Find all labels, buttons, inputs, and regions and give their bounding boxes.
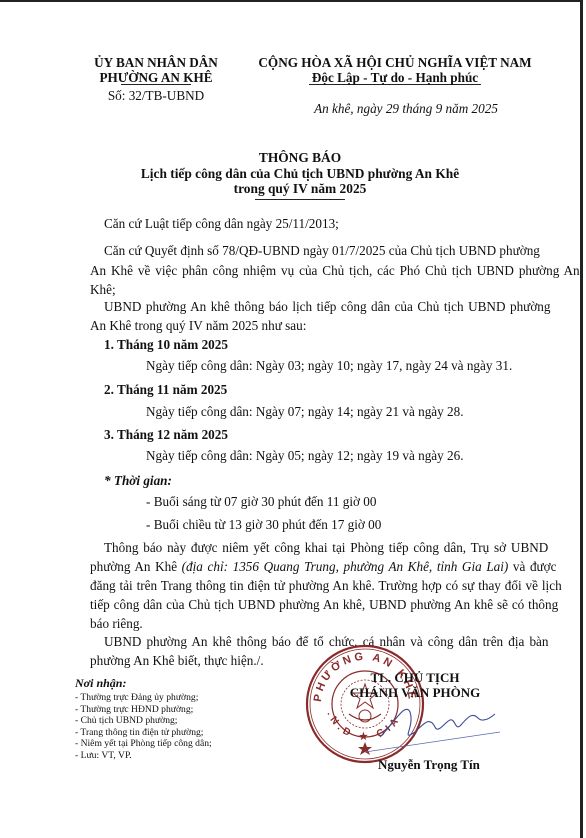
notice-address: (địa chỉ: 1356 Quang Trung, phường An Kh… [182,559,509,574]
legal-basis-2-line1: Căn cứ Quyết định số 78/QĐ-UBND ngày 01/… [104,241,540,261]
notice-line2-c: và được [508,559,556,574]
notice-line4: tiếp công dân của Chủ tịch UBND phường A… [90,595,558,615]
national-heading: CỘNG HÒA XÃ HỘI CHỦ NGHĨA VIỆT NAM Độc L… [245,55,545,116]
doc-number: Số: 32/TB-UBND [70,88,242,103]
notice-line2: phường An Khê (địa chỉ: 1356 Quang Trung… [90,557,557,577]
org-line2: PHƯỜNG AN KHÊ [70,70,242,85]
issuing-authority: ỦY BAN NHÂN DÂN PHƯỜNG AN KHÊ Số: 32/TB-… [70,55,242,103]
signature-title-1: TL. CHỦ TỊCH [330,670,500,685]
recipient-item: - Niêm yết tại Phòng tiếp công dân; [75,738,212,750]
recipient-item: - Lưu: VT, VP. [75,750,212,762]
legal-basis-2-line2: An Khê về việc phân công nhiệm vụ của Ch… [90,261,580,281]
org-line1: ỦY BAN NHÂN DÂN [70,55,242,70]
month-heading-december: 3. Tháng 12 năm 2025 [104,425,228,445]
month-days-october: Ngày tiếp công dân: Ngày 03; ngày 10; ng… [146,356,512,376]
signatory-name: Nguyễn Trọng Tín [378,757,480,773]
notice-line3: đăng tải trên Trang thông tin điện tử ph… [90,576,562,596]
recipient-item: - Thường trực HĐND phường; [75,704,212,716]
legal-basis-1: Căn cứ Luật tiếp công dân ngày 25/11/201… [104,214,339,234]
intro-line2: An Khê trong quý IV năm 2025 như sau: [90,316,306,336]
recipient-item: - Chủ tịch UBND phường; [75,715,212,727]
title-underline [255,199,345,200]
notice-title: THÔNG BÁO [90,150,510,166]
nation-line1: CỘNG HÒA XÃ HỘI CHỦ NGHĨA VIỆT NAM [245,55,545,70]
notice-title-block: THÔNG BÁO Lịch tiếp công dân của Chủ tịc… [90,150,510,200]
time-heading: * Thời gian: [104,471,172,491]
notice-line1: Thông báo này được niêm yết công khai tạ… [104,538,548,558]
handwritten-signature-icon [360,692,510,762]
recipient-item: - Thường trực Đảng ủy phường; [75,692,212,704]
month-heading-november: 2. Tháng 11 năm 2025 [104,380,227,400]
place-date: An khê, ngày 29 tháng 9 năm 2025 [245,101,545,116]
intro-line1: UBND phường An khê thông báo lịch tiếp c… [104,297,550,317]
time-morning: - Buổi sáng từ 07 giờ 30 phút đến 11 giờ… [146,492,377,512]
month-days-december: Ngày tiếp công dân: Ngày 05; ngày 12; ng… [146,446,464,466]
time-afternoon: - Buổi chiều từ 13 giờ 30 phút đến 17 gi… [146,515,381,535]
closing-line2: phường An Khê biết, thực hiện./. [90,651,264,671]
notice-line2-a: phường An Khê [90,559,182,574]
nation-line2: Độc Lập - Tự do - Hạnh phúc [245,70,545,85]
notice-subtitle-2: trong quý IV năm 2025 [90,181,510,197]
document-page: ỦY BAN NHÂN DÂN PHƯỜNG AN KHÊ Số: 32/TB-… [0,0,583,838]
notice-line5: báo riêng. [90,614,143,634]
recipients-heading: Nơi nhận: [75,676,126,691]
notice-subtitle-1: Lịch tiếp công dân của Chủ tịch UBND phư… [90,166,510,182]
month-days-november: Ngày tiếp công dân: Ngày 07; ngày 14; ng… [146,402,464,422]
recipients-list: - Thường trực Đảng ủy phường; - Thường t… [75,692,212,762]
recipient-item: - Trang thông tin điện tử phường; [75,727,212,739]
month-heading-october: 1. Tháng 10 năm 2025 [104,335,228,355]
